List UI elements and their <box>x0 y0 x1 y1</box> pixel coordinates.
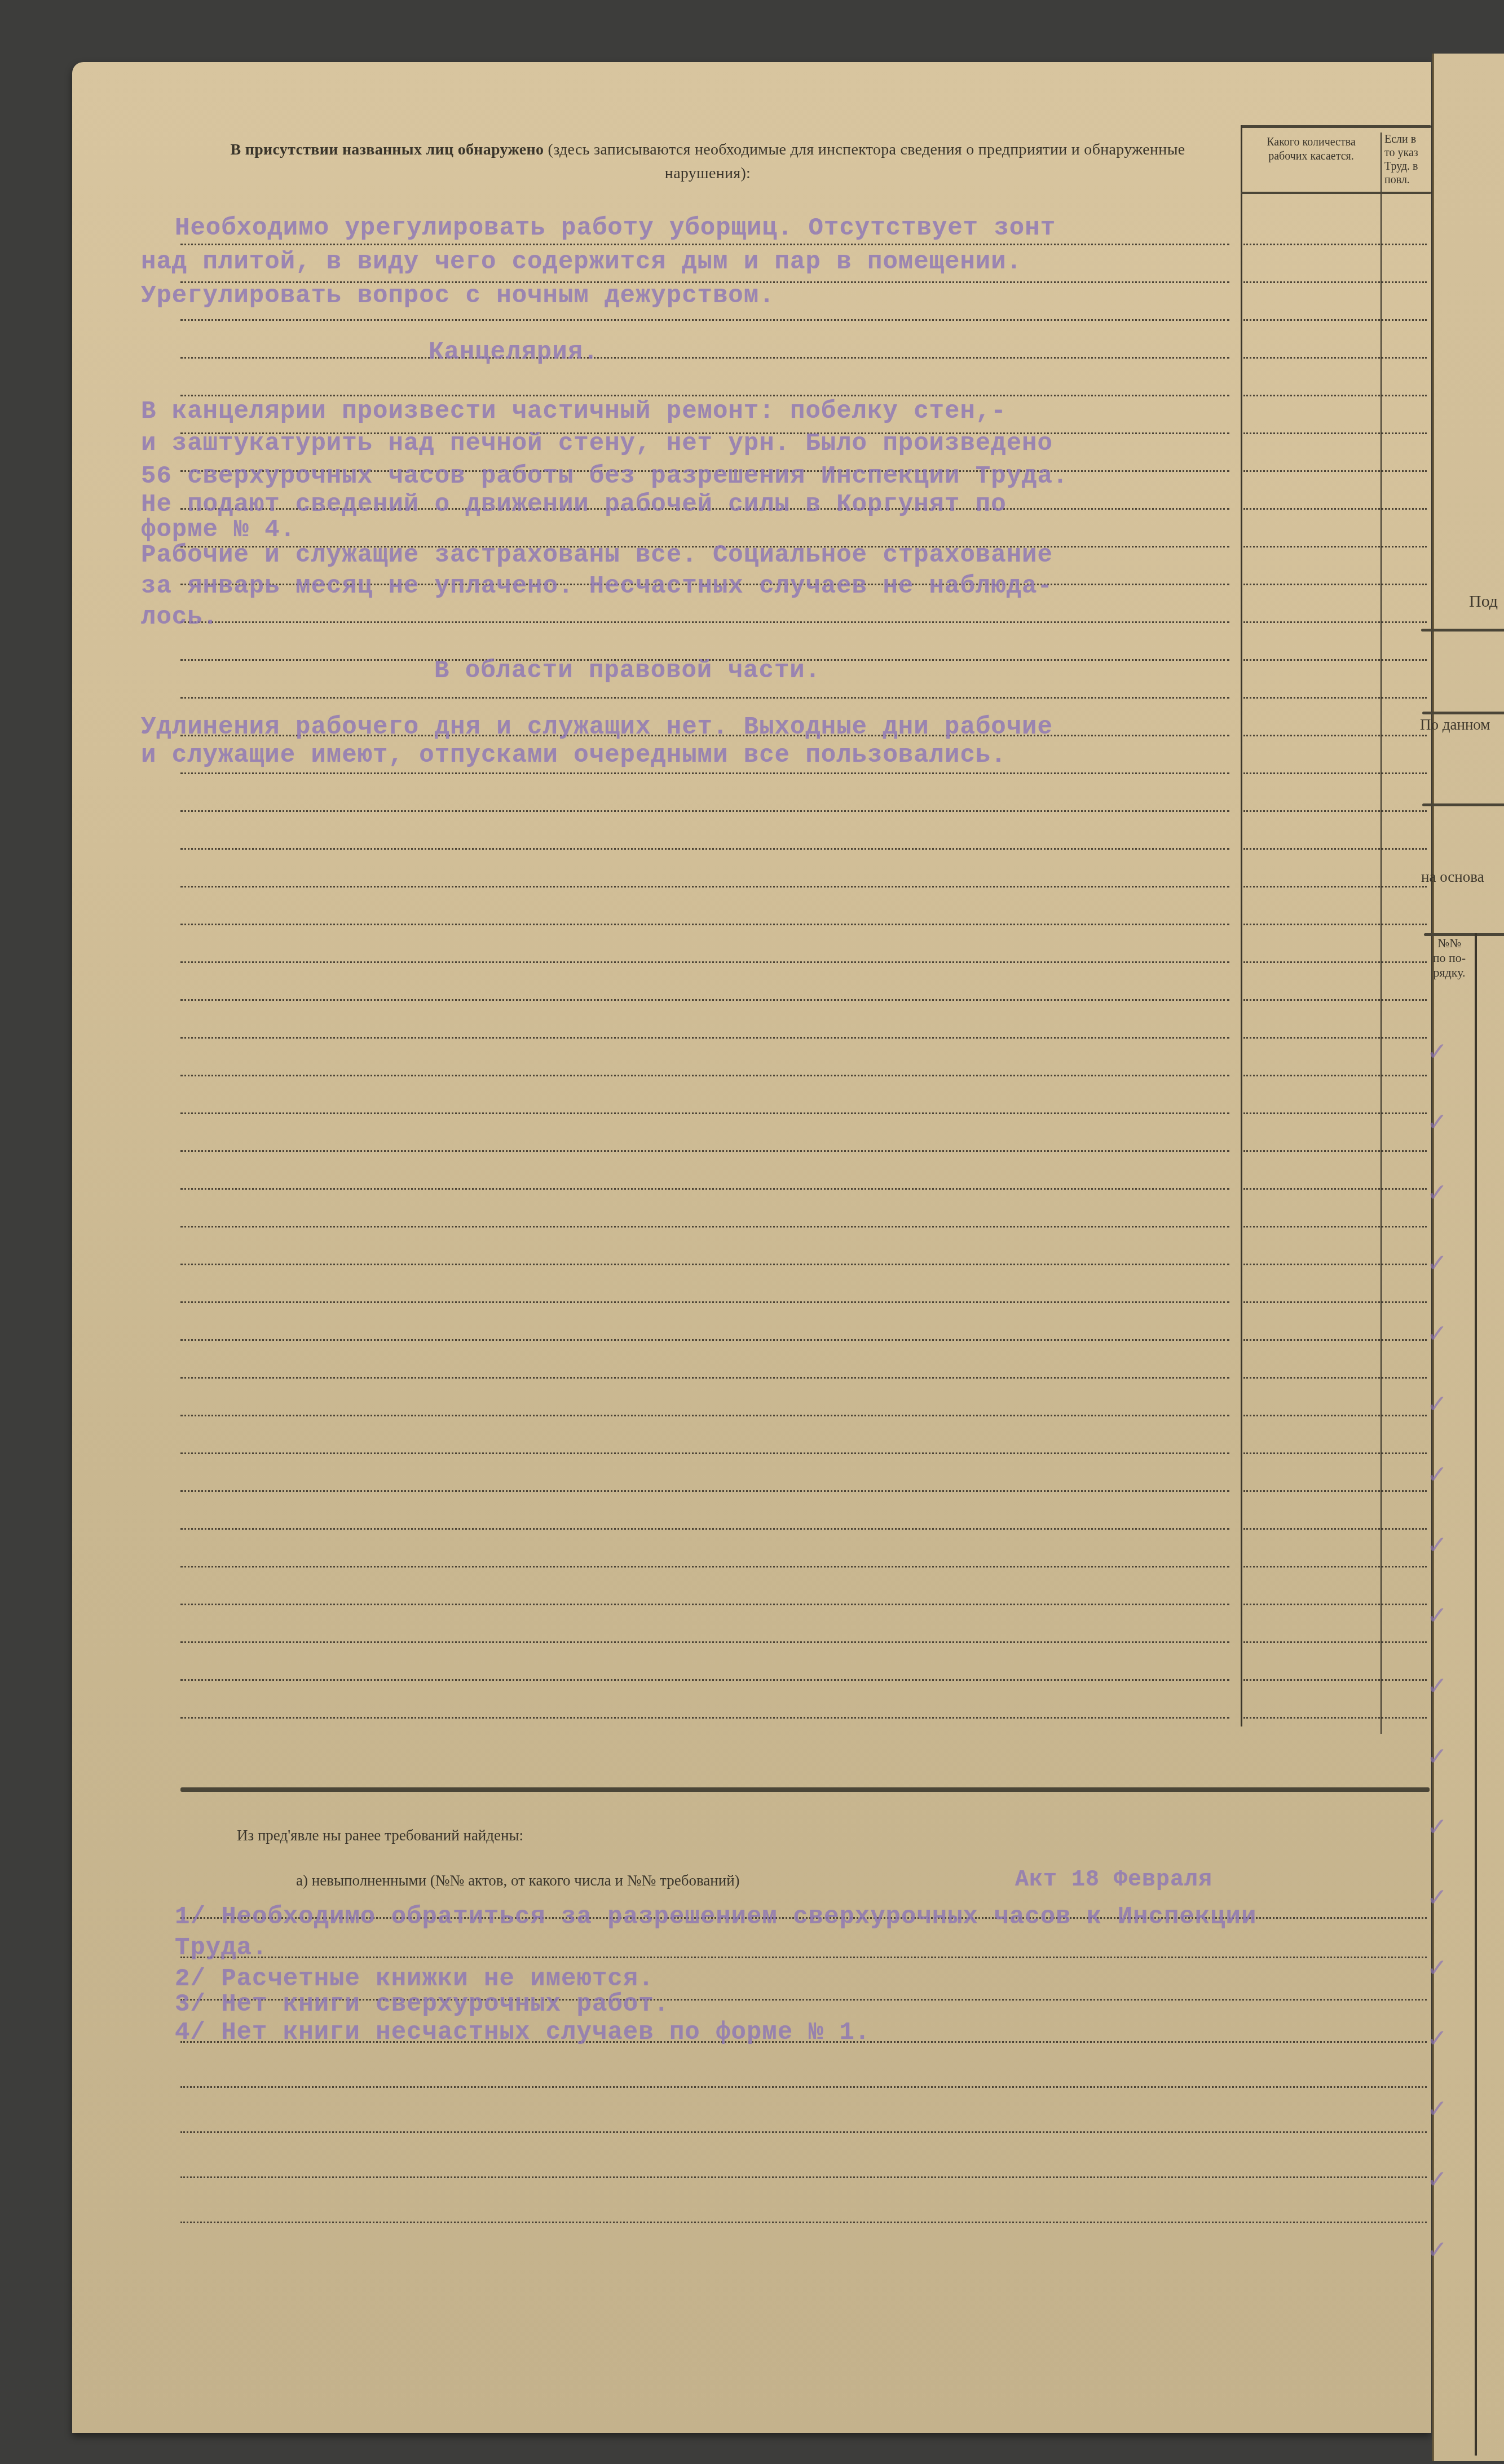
dotted-rule <box>180 999 1229 1001</box>
dotted-rule <box>1243 1415 1427 1416</box>
dotted-rule <box>1243 735 1427 736</box>
finding-line: за январь месяц не уплачено. Несчастных … <box>141 572 1053 600</box>
form-header: В присутствии названных лиц обнаружено (… <box>197 138 1218 186</box>
dotted-rule <box>1243 1490 1427 1492</box>
dotted-rule <box>1243 848 1427 850</box>
dotted-rule <box>1243 244 1427 245</box>
dotted-rule <box>180 2131 1427 2133</box>
dotted-rule <box>1243 357 1427 359</box>
finding-line: форме № 4. <box>141 516 295 544</box>
dotted-rule <box>180 244 1229 245</box>
dotted-rule <box>180 1490 1229 1492</box>
finding-line: В канцелярии произвести частичный ремонт… <box>141 398 1007 426</box>
check-mark-icon: ✓ <box>1427 1390 1448 1419</box>
header-line: по по- <box>1424 951 1475 965</box>
finding-line: Удлинения рабочего дня и служащих нет. В… <box>141 713 1053 741</box>
dotted-rule <box>180 1264 1229 1265</box>
column-box-top-border <box>1241 125 1431 128</box>
dotted-rule <box>1243 1075 1427 1076</box>
check-mark-icon: ✓ <box>1427 1883 1448 1912</box>
dotted-rule <box>180 1339 1229 1341</box>
check-mark-icon: ✓ <box>1427 1319 1448 1348</box>
dotted-rule <box>1243 886 1427 887</box>
partial-column-divider <box>1475 933 1477 2456</box>
col2-line: Если в <box>1384 133 1430 146</box>
header-line: №№ <box>1424 936 1475 951</box>
check-mark-icon: ✓ <box>1427 1178 1448 1207</box>
dotted-rule <box>180 1188 1229 1190</box>
previous-requirements-label: Из пред'явле ны ранее требований найдены… <box>237 1827 523 1844</box>
dotted-rule <box>1243 470 1427 472</box>
partial-rule <box>1422 712 1504 714</box>
check-mark-icon: ✓ <box>1427 1460 1448 1489</box>
dotted-rule <box>1243 1264 1427 1265</box>
check-mark-icon: ✓ <box>1427 2165 1448 2194</box>
dotted-rule <box>180 1112 1229 1114</box>
dotted-rule <box>1243 1717 1427 1719</box>
dotted-rule <box>1243 1377 1427 1379</box>
dotted-rule <box>1243 621 1427 623</box>
dotted-rule <box>1243 924 1427 925</box>
dotted-rule <box>180 1566 1229 1567</box>
dotted-rule <box>1243 697 1427 699</box>
col2-line: то указ <box>1384 146 1430 160</box>
requirement-item: Труда. <box>175 1934 267 1962</box>
dotted-rule <box>1243 1679 1427 1681</box>
dotted-rule <box>180 924 1229 925</box>
requirement-item: 4/ Нет книги несчастных случаев по форме… <box>175 2019 870 2047</box>
partial-rule <box>1422 803 1504 806</box>
dotted-rule <box>1243 432 1427 434</box>
dotted-rule <box>1243 999 1427 1001</box>
dotted-rule <box>180 810 1229 812</box>
finding-line: Не подают сведений о движении рабочей си… <box>141 491 1007 519</box>
dotted-rule <box>1243 584 1427 585</box>
dotted-rule <box>1243 1528 1427 1530</box>
dotted-rule <box>1243 1641 1427 1643</box>
check-mark-icon: ✓ <box>1427 1108 1448 1137</box>
section-separator <box>180 1787 1430 1792</box>
dotted-rule <box>1243 772 1427 774</box>
finding-line: Необходимо урегулировать работу уборщиц.… <box>175 214 1056 242</box>
dotted-rule <box>1243 508 1427 510</box>
finding-line: Урегулировать вопрос с ночным дежурством… <box>141 282 775 310</box>
dotted-rule <box>180 961 1229 963</box>
dotted-rule <box>1243 1604 1427 1605</box>
check-mark-icon: ✓ <box>1427 2236 1448 2264</box>
dotted-rule <box>180 886 1229 887</box>
requirement-item: 2/ Расчетные книжки не имеются. <box>175 1965 654 1993</box>
column-divider-2 <box>1380 133 1382 1734</box>
dotted-rule <box>1243 395 1427 396</box>
dotted-rule <box>180 1452 1229 1454</box>
dotted-rule <box>180 772 1229 774</box>
section-title-office: Канцелярия. <box>429 338 598 366</box>
check-mark-icon: ✓ <box>1427 1742 1448 1771</box>
check-mark-icon: ✓ <box>1427 1037 1448 1066</box>
check-mark-icon: ✓ <box>1427 1531 1448 1560</box>
dotted-rule <box>1243 546 1427 547</box>
finding-line: над плитой, в виду чего содержится дым и… <box>141 248 1022 276</box>
dotted-rule <box>180 697 1229 699</box>
finding-line: Рабочие и служащие застрахованы все. Соц… <box>141 541 1053 569</box>
dotted-rule <box>1243 961 1427 963</box>
dotted-rule <box>1243 659 1427 661</box>
header-line: рядку. <box>1424 965 1475 980</box>
column-header-worker-count: Какого количества рабочих касается. <box>1246 135 1376 164</box>
dotted-rule <box>1243 1452 1427 1454</box>
dotted-rule <box>180 1528 1229 1530</box>
form-header-bold: В присутствии названных лиц обнаружено <box>231 141 544 158</box>
dotted-rule <box>1243 281 1427 283</box>
finding-line: 56 сверхурочных часов работы без разреше… <box>141 462 1068 491</box>
partial-rule <box>1421 629 1504 632</box>
check-mark-icon: ✓ <box>1427 2024 1448 2053</box>
dotted-rule <box>180 1377 1229 1379</box>
partial-label-na-osnova: на основа <box>1421 868 1484 886</box>
dotted-rule <box>180 1415 1229 1416</box>
dotted-rule <box>1243 319 1427 321</box>
column-divider-1 <box>1241 125 1242 1726</box>
dotted-rule <box>180 1226 1229 1227</box>
column-header-partial: Если в то указ Труд. в повл. <box>1384 133 1430 187</box>
dotted-rule <box>180 848 1229 850</box>
partial-label-po-dannom: По данном <box>1420 716 1490 734</box>
partial-column-number-header: №№ по по- рядку. <box>1424 936 1475 980</box>
unfulfilled-reference: Акт 18 Февраля <box>1015 1867 1212 1893</box>
dotted-rule <box>180 1717 1229 1719</box>
dotted-rule <box>1243 1112 1427 1114</box>
dotted-rule <box>1243 1150 1427 1152</box>
requirement-item: 1/ Необходимо обратиться за разрешением … <box>175 1903 1256 1931</box>
dotted-rule <box>1243 1301 1427 1303</box>
check-mark-icon: ✓ <box>1427 1601 1448 1630</box>
unfulfilled-label: а) невыполненными (№№ актов, от какого ч… <box>296 1872 740 1889</box>
dotted-rule <box>180 1150 1229 1152</box>
dotted-rule <box>180 1301 1229 1303</box>
dotted-rule <box>1243 1339 1427 1341</box>
check-mark-icon: ✓ <box>1427 1954 1448 1982</box>
dotted-rule <box>180 1037 1229 1039</box>
dotted-rule <box>180 2222 1427 2223</box>
dotted-rule <box>180 1679 1229 1681</box>
dotted-rule <box>1243 1188 1427 1190</box>
dotted-rule <box>180 1957 1427 1958</box>
finding-line: и служащие имеют, отпусками очередными в… <box>141 741 1007 770</box>
finding-line: и заштукатурить над печной стену, нет ур… <box>141 430 1053 458</box>
column-header-bottom-border <box>1241 192 1431 194</box>
dotted-rule <box>180 1075 1229 1076</box>
requirement-item: 3/ Нет книги сверхурочных работ. <box>175 1990 669 2019</box>
check-mark-icon: ✓ <box>1427 1249 1448 1278</box>
dotted-rule <box>180 2176 1427 2178</box>
dotted-rule <box>180 1641 1229 1643</box>
check-mark-icon: ✓ <box>1427 1813 1448 1842</box>
dotted-rule <box>180 1604 1229 1605</box>
dotted-rule <box>180 2086 1427 2088</box>
check-mark-icon: ✓ <box>1427 1672 1448 1701</box>
dotted-rule <box>180 319 1229 321</box>
section-title-legal: В области правовой части. <box>434 657 821 685</box>
dotted-rule <box>1243 1566 1427 1567</box>
dotted-rule <box>180 395 1229 396</box>
partial-label-pod: Под <box>1469 592 1498 611</box>
col2-line: повл. <box>1384 173 1430 187</box>
dotted-rule <box>1243 1226 1427 1227</box>
dotted-rule <box>1243 810 1427 812</box>
dotted-rule <box>1243 1037 1427 1039</box>
finding-line: лось. <box>141 603 218 632</box>
form-header-instruction: (здесь записываются необходимые для инсп… <box>548 141 1185 182</box>
dotted-rule <box>180 621 1229 623</box>
dotted-rule <box>180 357 1229 359</box>
check-mark-icon: ✓ <box>1427 2095 1448 2123</box>
col2-line: Труд. в <box>1384 160 1430 173</box>
